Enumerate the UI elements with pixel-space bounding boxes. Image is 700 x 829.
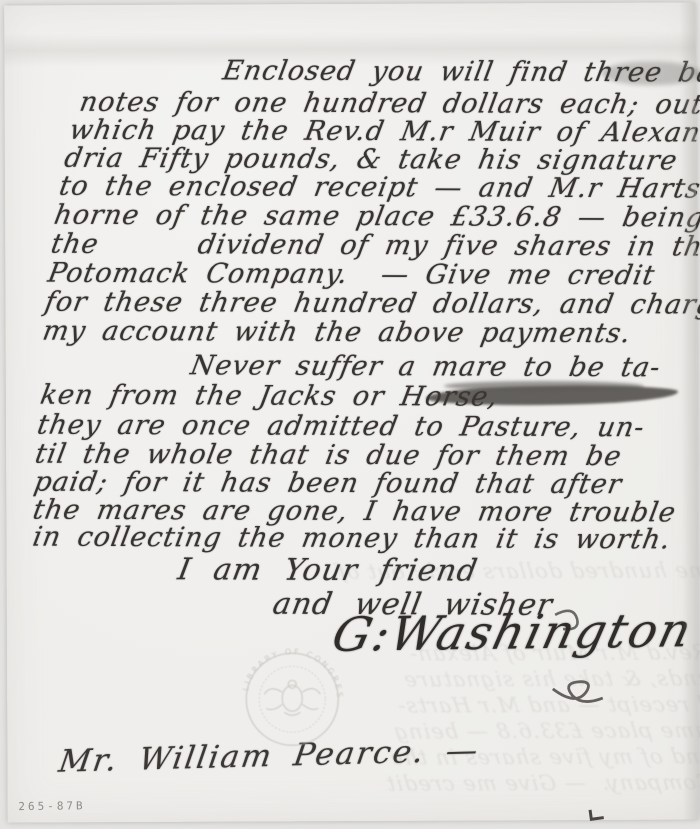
bleedthrough-line: the dividend of my five shares in the — [388, 744, 700, 770]
ink-smudge — [601, 61, 700, 85]
bleedthrough-line: dria Fifty pounds, & take his signature — [401, 666, 700, 692]
library-of-congress-stamp: LIBRARY OF CONGRESS — [227, 634, 358, 765]
letter-line: my account with the above payments. — [40, 316, 634, 350]
bleedthrough-line: which pay the Rev.d M.r Muir of Alexan- — [407, 640, 700, 666]
ink-mark — [589, 808, 604, 821]
eagle-icon — [264, 680, 320, 715]
bleedthrough-line: Potomack Company. — Give me credit — [384, 770, 700, 796]
bleedthrough-line: notes for one hundred dollars each; out … — [335, 558, 700, 584]
bleedthrough-line: to the enclosed receipt — and M.r Harts- — [396, 692, 700, 718]
paper-sheet: Enclosed you will find three bank notes … — [4, 2, 699, 822]
ink-blot — [426, 384, 678, 407]
letter-line: in collecting the money than it is worth… — [30, 522, 673, 556]
bleedthrough-line: horne of the same place £33.6.8 — being — [392, 718, 700, 744]
catalog-number: 265-87B — [18, 799, 86, 813]
scanned-letter-page: Enclosed you will find three bank notes … — [0, 0, 700, 829]
letter-line: Never suffer a mare to be ta- — [188, 350, 663, 383]
